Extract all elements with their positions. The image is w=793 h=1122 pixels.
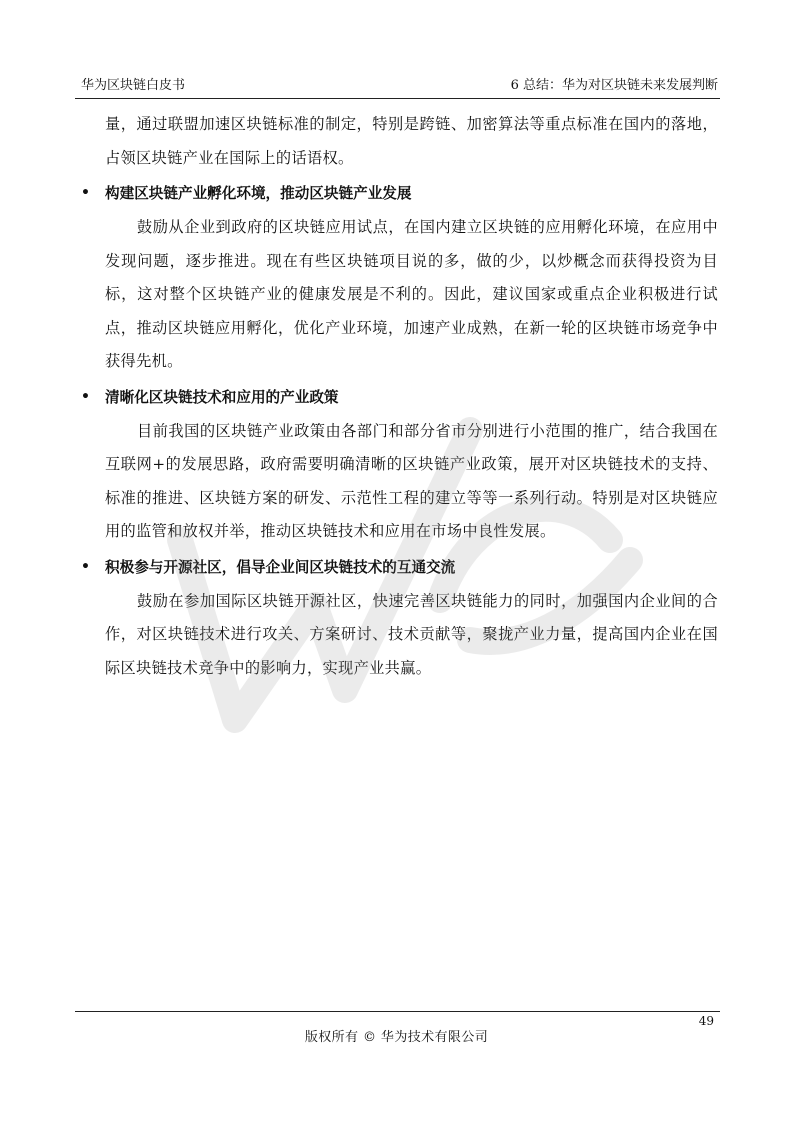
chapter-title: 6 总结：华为对区块链未来发展判断 (511, 76, 718, 96)
continuation-paragraph: 量，通过联盟加速区块链标准的制定，特别是跨链、加密算法等重点标准在国内的落地，占… (75, 108, 720, 175)
section-paragraph-policy: 目前我国的区块链产业政策由各部门和部分省市分别进行小范围的推广，结合我国在互联网… (75, 415, 720, 549)
section-heading-open-source: • 积极参与开源社区，倡导企业间区块链技术的互通交流 (75, 551, 720, 584)
page-body: 量，通过联盟加速区块链标准的制定，特别是跨链、加密算法等重点标准在国内的落地，占… (75, 108, 720, 685)
page-header: 华为区块链白皮书 6 总结：华为对区块链未来发展判断 (75, 76, 720, 99)
heading-text: 构建区块链产业孵化环境，推动区块链产业发展 (105, 185, 411, 202)
bullet-icon: • (81, 551, 90, 584)
section-paragraph-open-source: 鼓励在参加国际区块链开源社区，快速完善区块链能力的同时，加强国内企业间的合作，对… (75, 585, 720, 686)
section-paragraph-incubation: 鼓励从企业到政府的区块链应用试点，在国内建立区块链的应用孵化环境，在应用中发现问… (75, 211, 720, 379)
heading-text: 清晰化区块链技术和应用的产业政策 (105, 389, 339, 406)
section-heading-policy: • 清晰化区块链技术和应用的产业政策 (75, 381, 720, 414)
section-heading-incubation: • 构建区块链产业孵化环境，推动区块链产业发展 (75, 177, 720, 210)
bullet-icon: • (81, 381, 90, 414)
document-title: 华为区块链白皮书 (81, 76, 185, 96)
bullet-icon: • (81, 177, 90, 210)
footer-divider (75, 1011, 720, 1012)
heading-text: 积极参与开源社区，倡导企业间区块链技术的互通交流 (105, 559, 455, 576)
copyright-notice: 版权所有 © 华为技术有限公司 (0, 1026, 793, 1045)
